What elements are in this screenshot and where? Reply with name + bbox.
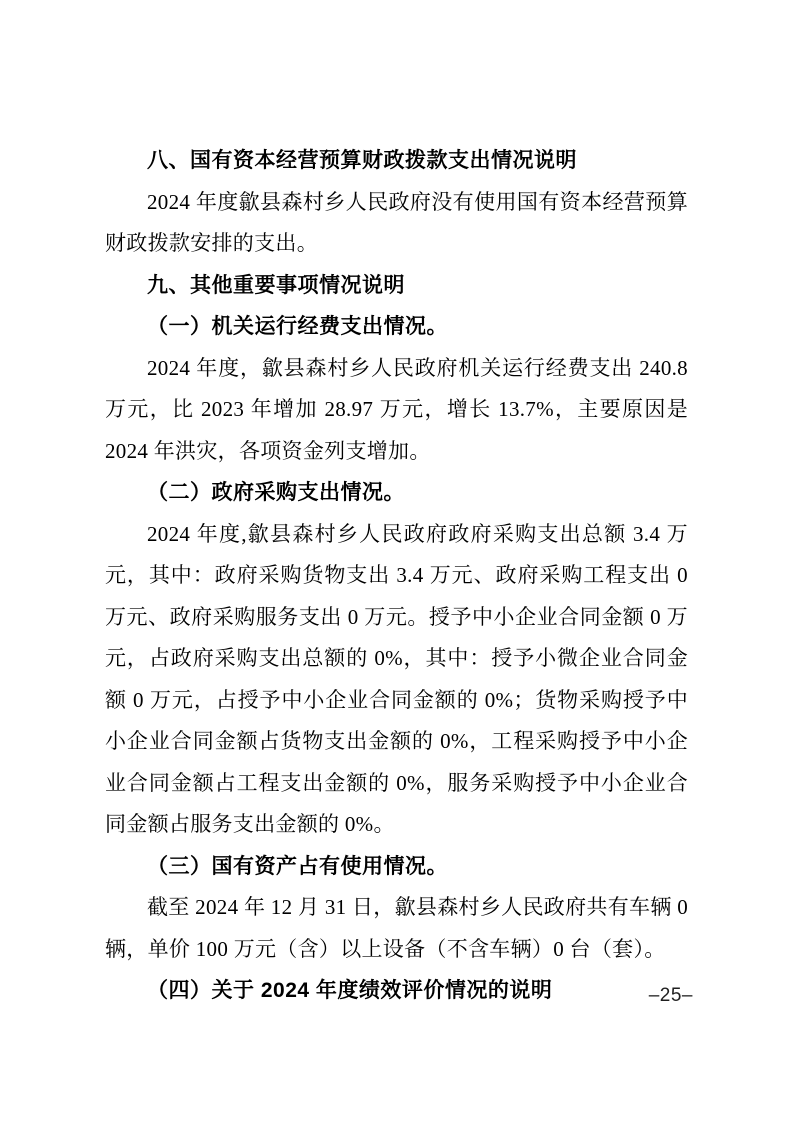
subsection-9-1-paragraph: 2024 年度，歙县森村乡人民政府机关运行经费支出 240.8 万元，比 202… (105, 348, 688, 473)
subsection-heading-9-2: （二）政府采购支出情况。 (105, 472, 688, 514)
document-body: 八、国有资本经营预算财政拨款支出情况说明 2024 年度歙县森村乡人民政府没有使… (105, 140, 688, 1012)
page-number: –25– (649, 985, 693, 1007)
section-heading-8: 八、国有资本经营预算财政拨款支出情况说明 (105, 140, 688, 182)
subsection-heading-9-3: （三）国有资产占有使用情况。 (105, 846, 688, 888)
section-heading-9: 九、其他重要事项情况说明 (105, 265, 688, 307)
subsection-9-3-paragraph: 截至 2024 年 12 月 31 日，歙县森村乡人民政府共有车辆 0 辆，单价… (105, 887, 688, 970)
subsection-heading-9-1: （一）机关运行经费支出情况。 (105, 306, 688, 348)
section-8-paragraph: 2024 年度歙县森村乡人民政府没有使用国有资本经营预算财政拨款安排的支出。 (105, 182, 688, 265)
subsection-heading-9-4: （四）关于 2024 年度绩效评价情况的说明 (105, 970, 688, 1012)
document-page: 八、国有资本经营预算财政拨款支出情况说明 2024 年度歙县森村乡人民政府没有使… (0, 0, 793, 1122)
subsection-9-2-paragraph: 2024 年度,歙县森村乡人民政府政府采购支出总额 3.4 万元，其中：政府采购… (105, 514, 688, 846)
